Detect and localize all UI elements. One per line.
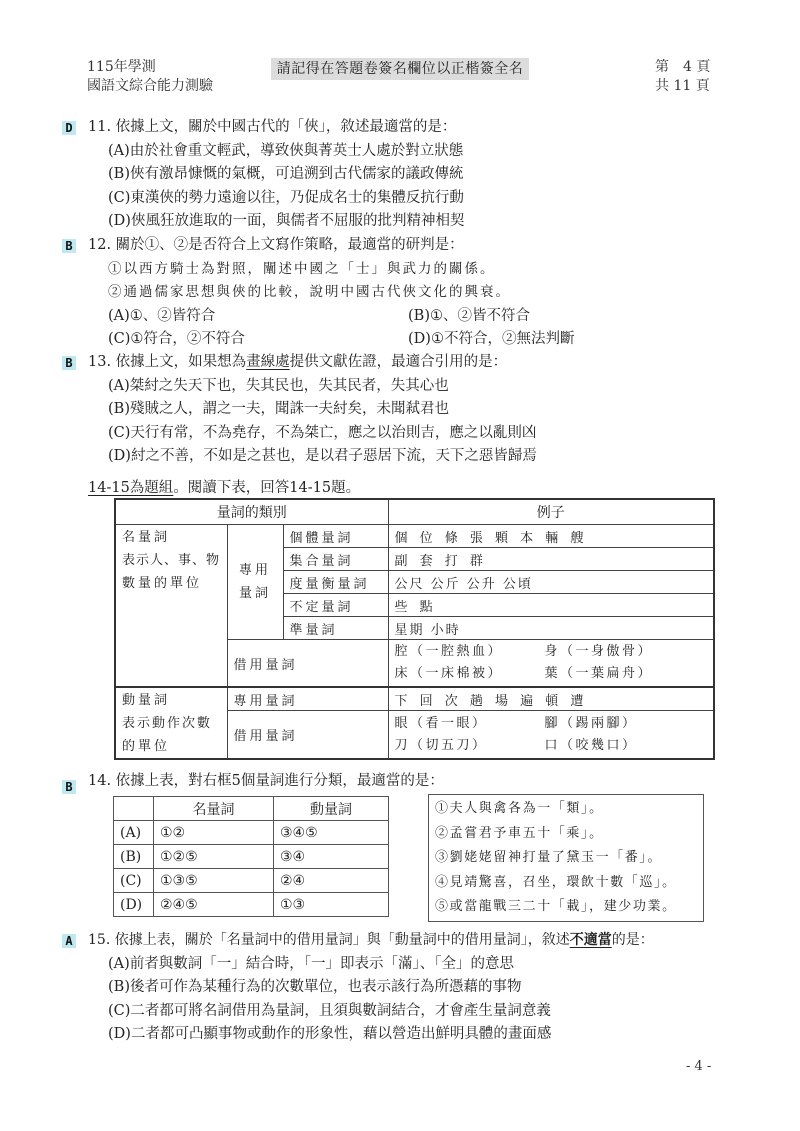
option-c: (C)二者都可將名詞借用為量詞，且須與數詞結合，才會產生量詞意義 [108,1000,654,1024]
option-b: (B)①、②皆不符合 [408,305,530,329]
examples-verb-dedicated: 下 回 次 趟 場 遍 頓 遭 [388,687,714,711]
table-row: (B) ①②⑤ ③④ [114,845,389,869]
box-item-4: ④見靖驚喜，召坐，環飲十數「巡」。 [435,871,697,896]
option-c: (C)①符合，②不符合 [108,328,408,352]
type-verb-dedicated: 專用量詞 [227,687,388,711]
type-verb-borrowed: 借用量詞 [227,711,388,759]
type-measure: 度量衡量詞 [283,571,388,594]
option-d: (D)紂之不善，不如是之甚也，是以君子惡居下流，天下之惡皆歸焉 [108,445,537,469]
signature-notice: 請記得在答題卷簽名欄位以正楷簽全名 [271,58,529,80]
examples-indefinite: 些 點 [388,594,714,617]
table-row: (D) ②④⑤ ①③ [114,893,389,917]
verb-classifier-cell: 動量詞 表示動作次數 的單位 [115,687,227,759]
question-14-stem: 14. 依據上表，對右框5個量詞進行分類，最適當的是： [88,770,444,794]
option-d: (D)俠風狂放進取的一面，與儒者不屈服的批判精神相契 [108,210,464,234]
underlined-term: 畫線處 [246,354,290,370]
answer-badge-q11: D [62,121,76,135]
classifier-examples-box: ①夫人與禽各為一「類」。 ②孟嘗君予車五十「乘」。 ③劉姥姥留神打量了黛玉一「番… [428,794,704,922]
question-stem: 15. 依據上表，關於「名量詞中的借用量詞」與「動量詞中的借用量詞」，敘述不適當… [88,929,654,953]
type-collective: 集合量詞 [283,548,388,571]
answer-badge-q14: B [62,780,76,794]
option-a: (A)桀紂之失天下也，失其民也，失其民者，失其心也 [108,375,537,399]
table-row: (A) ①② ③④⑤ [114,821,389,845]
statement-2: ②通過儒家思想與俠的比較，說明中國古代俠文化的興衰。 [108,281,574,305]
question-stem: 11. 依據上文，關於中國古代的「俠」，敘述最適當的是： [88,116,464,140]
examples-collective: 副 套 打 群 [388,548,714,571]
option-b: (B)後者可作為某種行為的次數單位，也表示該行為所憑藉的事物 [108,976,654,1000]
option-c: (C)天行有常，不為堯存，不為桀亡，應之以治則吉，應之以亂則凶 [108,422,537,446]
option-b: (B)俠有激昂慷慨的氣概，可追溯到古代儒家的議政傳統 [108,163,464,187]
col-verb: 動量詞 [274,797,389,821]
option-a: (A)由於社會重文輕武，導致俠與菁英士人處於對立狀態 [108,140,464,164]
type-indefinite: 不定量詞 [283,594,388,617]
type-individual: 個體量詞 [283,525,388,548]
exam-subject: 國語文綜合能力測驗 [87,77,213,95]
answer-badge-q12: B [62,239,76,253]
col-noun: 名量詞 [154,797,274,821]
option-d: (D)①不符合，②無法判斷 [408,328,574,352]
examples-verb-borrowed: 眼（看一眼）腳（踢兩腳） 刀（切五刀）口（咬幾口） [388,711,714,759]
header-category: 量詞的類別 [115,499,388,525]
question-11: 11. 依據上文，關於中國古代的「俠」，敘述最適當的是： (A)由於社會重文輕武… [88,116,464,234]
question-stem: 12. 關於①、②是否符合上文寫作策略，最適當的研判是： [88,234,574,258]
question-15: 15. 依據上表，關於「名量詞中的借用量詞」與「動量詞中的借用量詞」，敘述不適當… [88,929,654,1047]
emphasis-not-appropriate: 不適當 [570,932,612,948]
box-item-2: ②孟嘗君予車五十「乘」。 [435,822,697,847]
answer-badge-q15: A [62,934,76,948]
question-stem: 13. 依據上文，如果想為畫線處提供文獻佐證，最適合引用的是： [88,351,537,375]
option-d: (D)二者都可凸顯事物或動作的形象性，藉以營造出鮮明具體的畫面感 [108,1023,654,1047]
type-noun-borrowed: 借用量詞 [227,640,388,688]
option-a: (A)前者與數詞「一」結合時，「一」即表示「滿」、「全」的意思 [108,953,654,977]
page-label: 第 4 頁 [655,58,710,76]
option-c: (C)東漢俠的勢力遠逾以往，乃促成名士的集體反抗行動 [108,187,464,211]
question-13: 13. 依據上文，如果想為畫線處提供文獻佐證，最適合引用的是： (A)桀紂之失天… [88,351,537,469]
option-b: (B)殘賊之人，謂之一夫，聞誅一夫紂矣，未聞弒君也 [108,398,537,422]
group-intro: 14-15為題組。閱讀下表，回答14-15題。 [88,477,360,501]
dedicated-label: 專用 量詞 [227,525,283,640]
type-quasi: 準量詞 [283,617,388,640]
statement-1: ①以西方騎士為對照，闡述中國之「士」與武力的關係。 [108,258,574,282]
classifier-table: 量詞的類別 例子 名量詞 表示人、事、物 數量的單位 專用 量詞 個體量詞 個 … [114,498,715,760]
page-number: - 4 - [686,1058,711,1076]
option-a: (A)①、②皆符合 [108,305,408,329]
examples-noun-borrowed: 腔（一腔熱血）身（一身傲骨） 床（一床棉被）葉（一葉扁舟） [388,640,714,688]
examples-measure: 公尺 公斤 公升 公頃 [388,571,714,594]
box-item-5: ⑤或當龍戰三二十「載」，建少功業。 [435,895,697,920]
q14-options-table: 名量詞 動量詞 (A) ①② ③④⑤ (B) ①②⑤ ③④ (C) ①③⑤ ②④… [113,796,389,917]
examples-individual: 個 位 條 張 顆 本 輛 艘 [388,525,714,548]
total-pages-label: 共 11 頁 [655,77,710,95]
box-item-3: ③劉姥姥留神打量了黛玉一「番」。 [435,846,697,871]
noun-classifier-cell: 名量詞 表示人、事、物 數量的單位 [115,525,227,688]
exam-year: 115年學測 [87,58,156,76]
question-12: 12. 關於①、②是否符合上文寫作策略，最適當的研判是： ①以西方騎士為對照，闡… [88,234,574,352]
answer-badge-q13: B [62,356,76,370]
examples-quasi: 星期 小時 [388,617,714,640]
box-item-1: ①夫人與禽各為一「類」。 [435,797,697,822]
header-examples: 例子 [388,499,714,525]
table-row: (C) ①③⑤ ②④ [114,869,389,893]
